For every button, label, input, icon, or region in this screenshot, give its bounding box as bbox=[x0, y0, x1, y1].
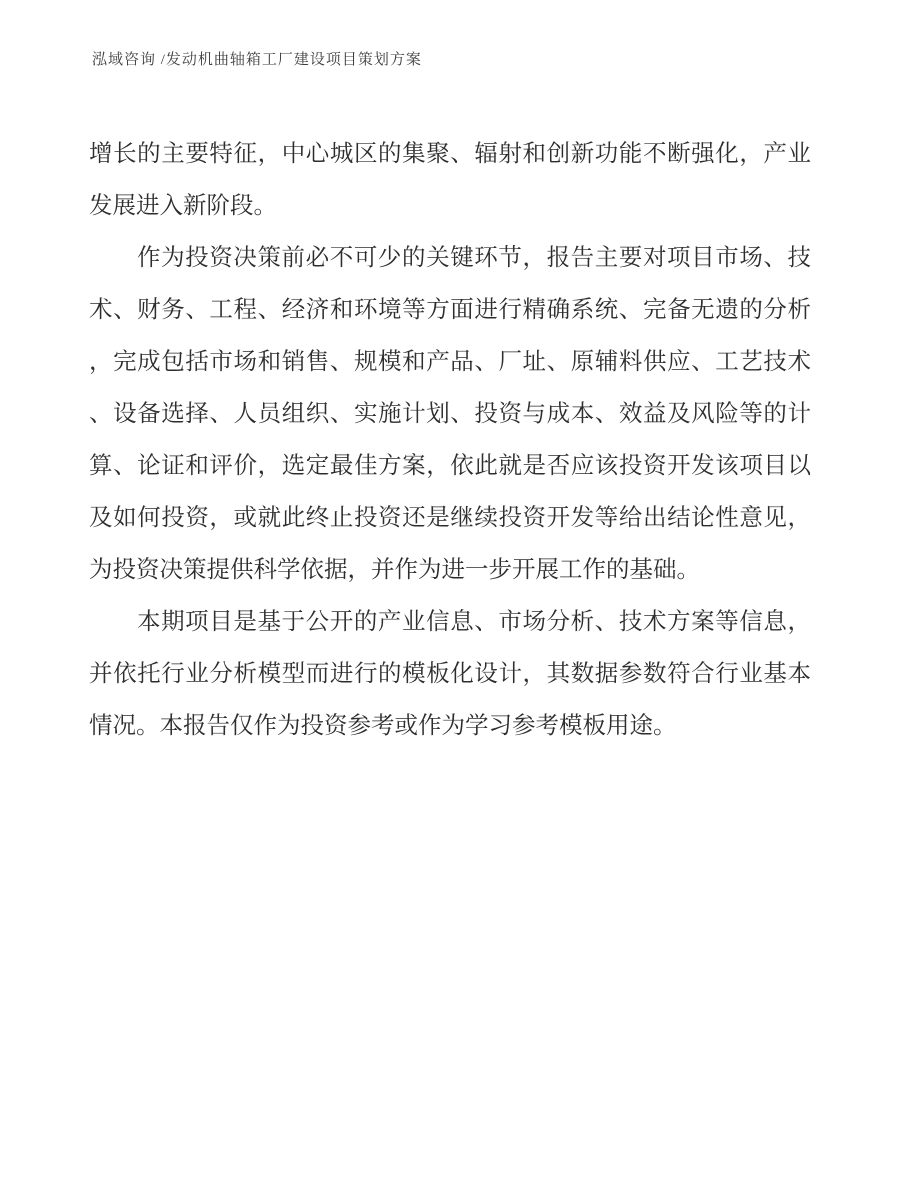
text-line: 、设备选择、人员组织、实施计划、投资与成本、效益及风险等的计 bbox=[89, 388, 811, 440]
text-line: 发展进入新阶段。 bbox=[89, 180, 811, 232]
text-line: 并依托行业分析模型而进行的模板化设计，其数据参数符合行业基本 bbox=[89, 648, 811, 700]
text-line: 作为投资决策前必不可少的关键环节，报告主要对项目市场、技 bbox=[89, 232, 811, 284]
text-line: 本期项目是基于公开的产业信息、市场分析、技术方案等信息， bbox=[89, 596, 811, 648]
paragraph: 本期项目是基于公开的产业信息、市场分析、技术方案等信息，并依托行业分析模型而进行… bbox=[89, 596, 811, 752]
text-line: 术、财务、工程、经济和环境等方面进行精确系统、完备无遗的分析 bbox=[89, 284, 811, 336]
document-page: 泓域咨询 /发动机曲轴箱工厂建设项目策划方案 增长的主要特征，中心城区的集聚、辐… bbox=[0, 0, 920, 1191]
document-body: 增长的主要特征，中心城区的集聚、辐射和创新功能不断强化，产业发展进入新阶段。作为… bbox=[89, 128, 811, 752]
header-text: 泓域咨询 /发动机曲轴箱工厂建设项目策划方案 bbox=[92, 52, 422, 68]
paragraph: 增长的主要特征，中心城区的集聚、辐射和创新功能不断强化，产业发展进入新阶段。 bbox=[89, 128, 811, 232]
text-line: 算、论证和评价，选定最佳方案，依此就是否应该投资开发该项目以 bbox=[89, 440, 811, 492]
text-line: 情况。本报告仅作为投资参考或作为学习参考模板用途。 bbox=[89, 700, 811, 752]
page-header: 泓域咨询 /发动机曲轴箱工厂建设项目策划方案 bbox=[92, 50, 422, 71]
text-line: 为投资决策提供科学依据，并作为进一步开展工作的基础。 bbox=[89, 544, 811, 596]
text-line: ，完成包括市场和销售、规模和产品、厂址、原辅料供应、工艺技术 bbox=[89, 336, 811, 388]
text-line: 及如何投资，或就此终止投资还是继续投资开发等给出结论性意见， bbox=[89, 492, 811, 544]
text-line: 增长的主要特征，中心城区的集聚、辐射和创新功能不断强化，产业 bbox=[89, 128, 811, 180]
paragraph: 作为投资决策前必不可少的关键环节，报告主要对项目市场、技术、财务、工程、经济和环… bbox=[89, 232, 811, 596]
